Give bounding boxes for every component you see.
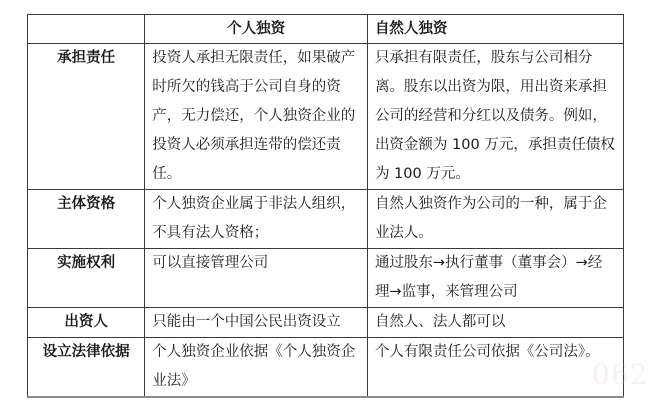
table-row-management-rights: 实施权利 可以直接管理公司 通过股东→执行董事（董事会）→经理→监事，来管理公司 bbox=[28, 249, 624, 308]
comparison-table: 个人独资 自然人独资 承担责任 投资人承担无限责任，如果破产时所欠的钱高于公司自… bbox=[27, 14, 624, 398]
watermark: 0626 bbox=[592, 358, 650, 391]
cell-individual: 个人独资企业依据《个人独资企业法》 bbox=[145, 338, 368, 398]
row-label: 实施权利 bbox=[28, 249, 145, 308]
header-individual-proprietorship: 个人独资 bbox=[145, 15, 368, 44]
table-row-legal-status: 主体资格 个人独资企业属于非法人组织，不具有法人资格； 自然人独资作为公司的一种… bbox=[28, 190, 624, 249]
table-row-legal-basis: 设立法律依据 个人独资企业依据《个人独资企业法》 个人有限责任公司依据《公司法》… bbox=[28, 338, 624, 398]
cell-individual: 可以直接管理公司 bbox=[145, 249, 368, 308]
cell-individual: 投资人承担无限责任，如果破产时所欠的钱高于公司自身的资产，无力偿还，个人独资企业… bbox=[145, 44, 368, 190]
cell-individual: 只能由一个中国公民出资设立 bbox=[145, 308, 368, 338]
cell-natural-person: 只承担有限责任，股东与公司相分离。股东以出资为限，用出资来承担公司的经营和分红以… bbox=[367, 44, 623, 190]
table-row-liability: 承担责任 投资人承担无限责任，如果破产时所欠的钱高于公司自身的资产，无力偿还，个… bbox=[28, 44, 624, 190]
row-label: 出资人 bbox=[28, 308, 145, 338]
table-row-investor: 出资人 只能由一个中国公民出资设立 自然人、法人都可以 bbox=[28, 308, 624, 338]
row-label: 承担责任 bbox=[28, 44, 145, 190]
row-label: 主体资格 bbox=[28, 190, 145, 249]
row-label: 设立法律依据 bbox=[28, 338, 145, 398]
header-natural-person-sole: 自然人独资 bbox=[367, 15, 623, 44]
cell-individual: 个人独资企业属于非法人组织，不具有法人资格； bbox=[145, 190, 368, 249]
cell-natural-person: 个人有限责任公司依据《公司法》。 bbox=[367, 338, 623, 398]
header-empty-cell bbox=[28, 15, 145, 44]
cell-natural-person: 自然人独资作为公司的一种，属于企业法人。 bbox=[367, 190, 623, 249]
cell-natural-person: 自然人、法人都可以 bbox=[367, 308, 623, 338]
cell-natural-person: 通过股东→执行董事（董事会）→经理→监事，来管理公司 bbox=[367, 249, 623, 308]
table-header-row: 个人独资 自然人独资 bbox=[28, 15, 624, 44]
